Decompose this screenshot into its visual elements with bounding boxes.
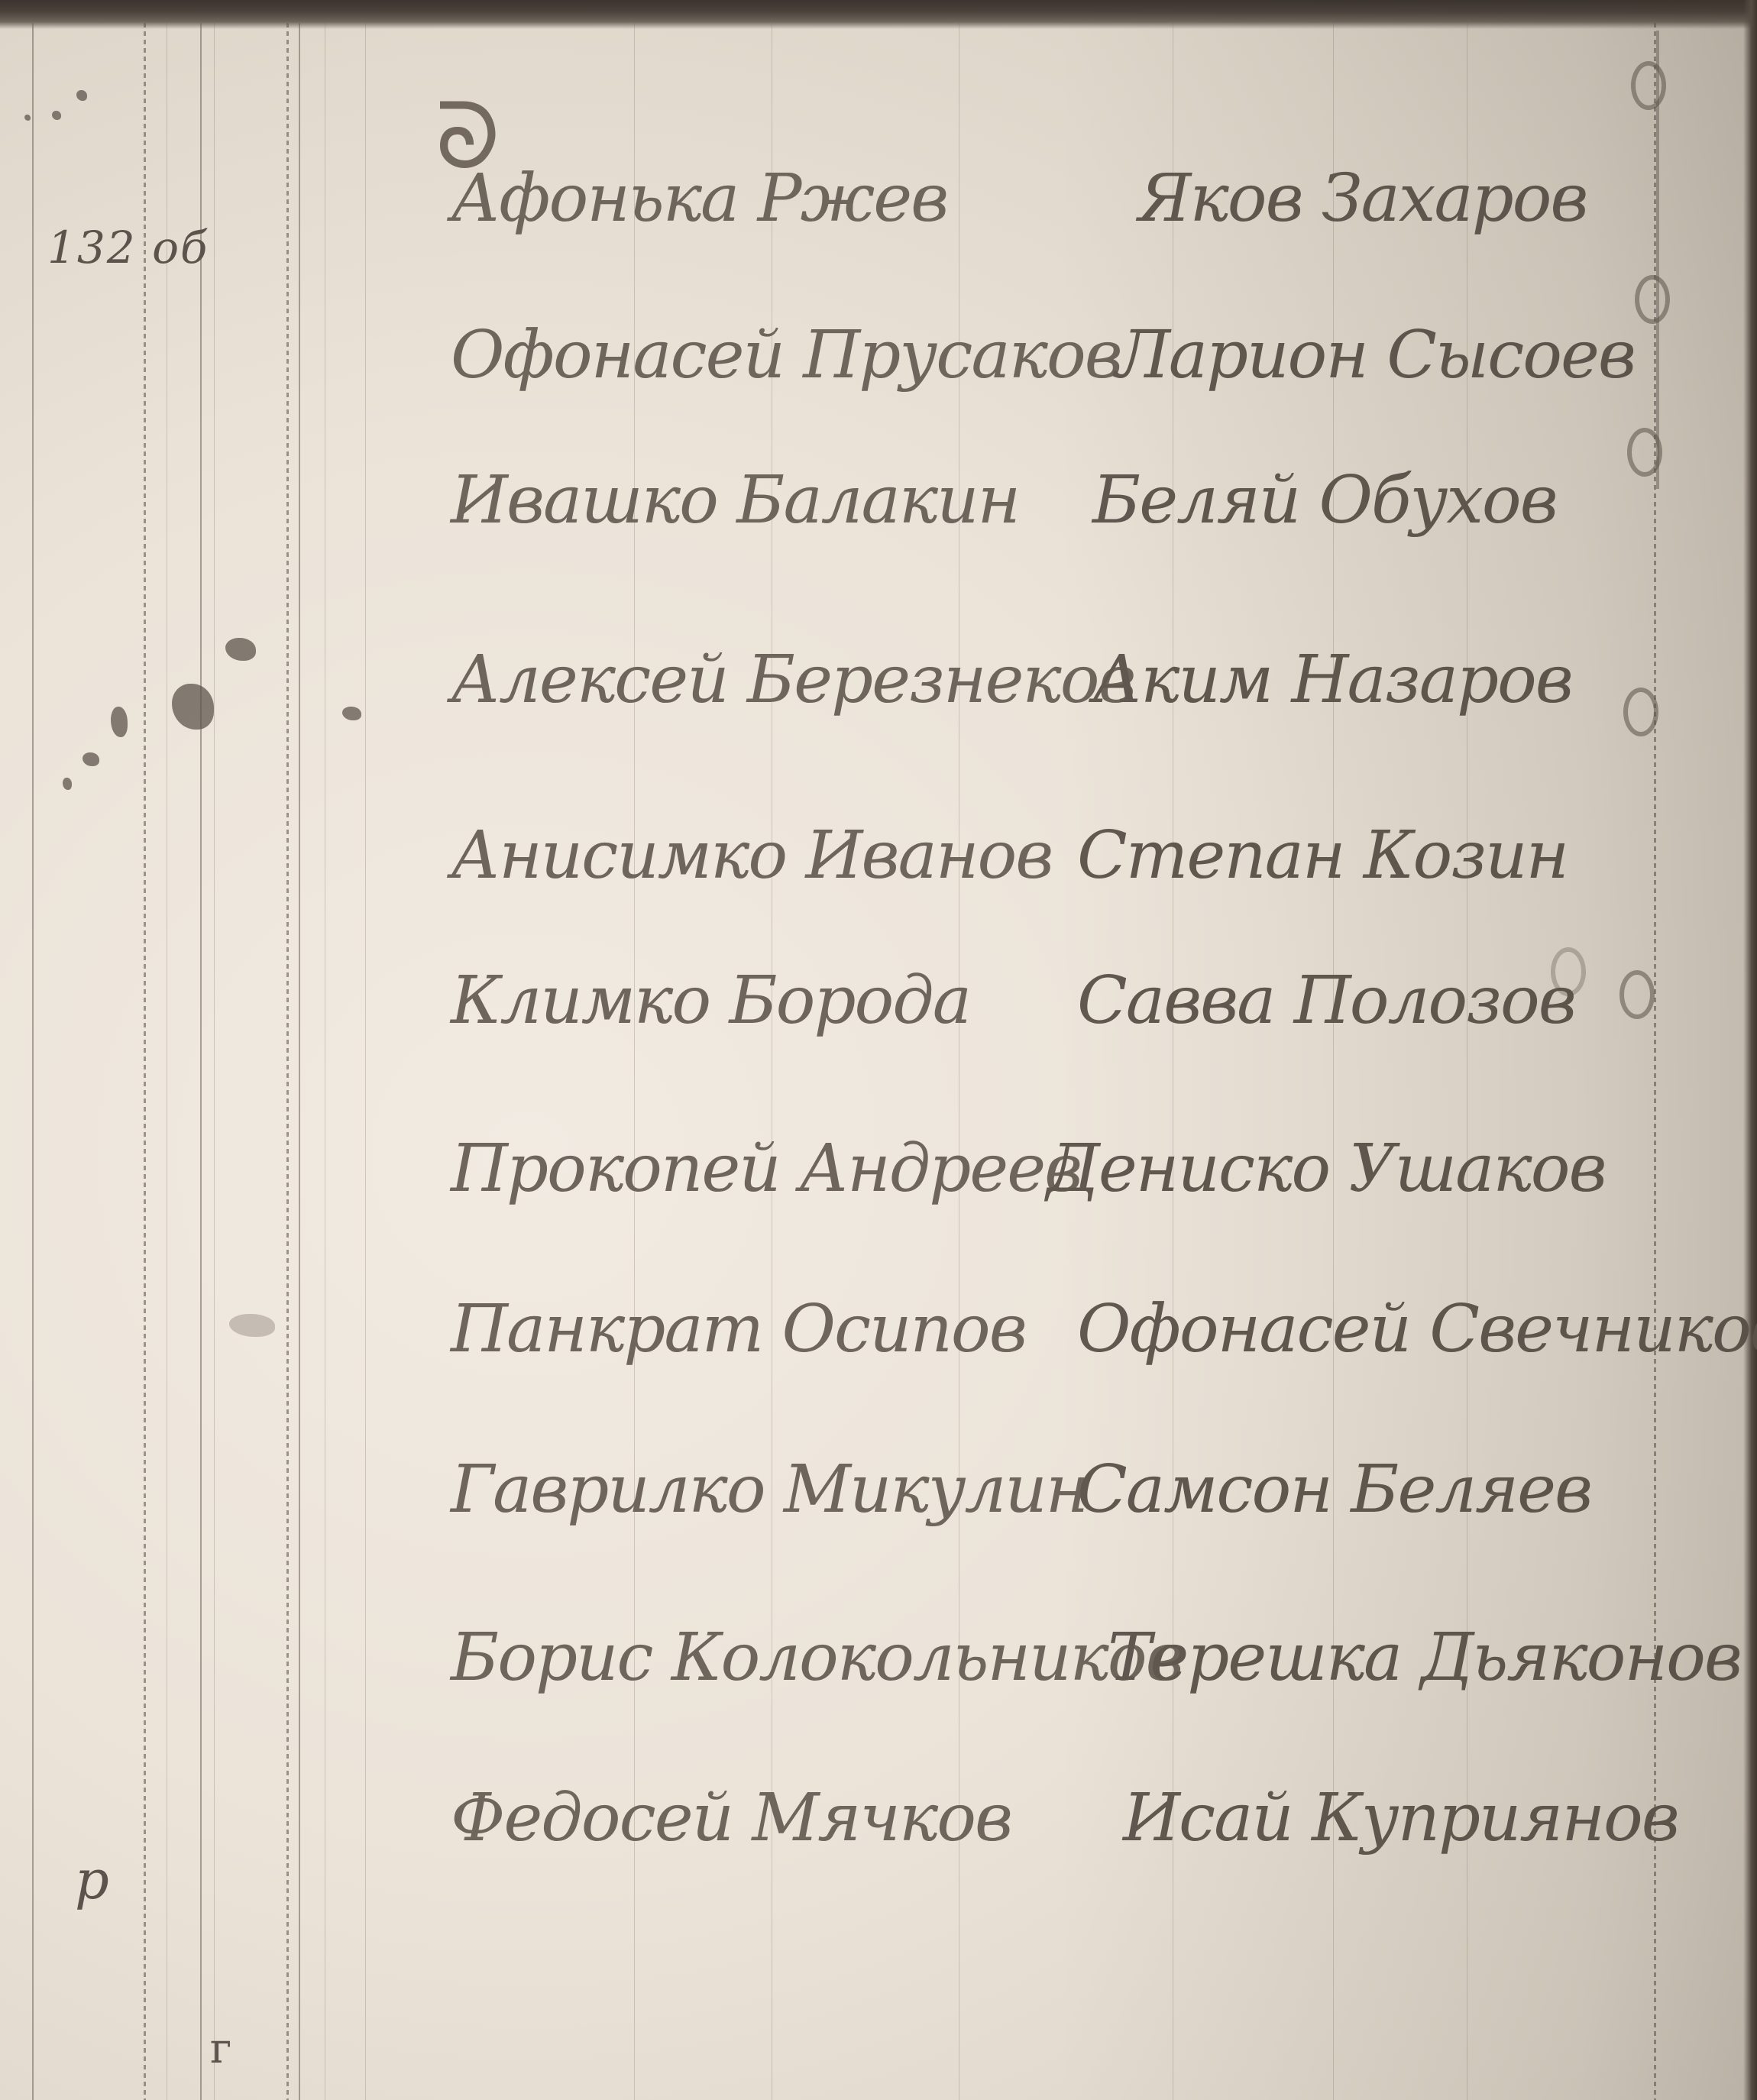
- name-entry: Самсон Беляев: [1077, 1444, 1591, 1535]
- flourish-icon: ᘐ: [435, 92, 498, 183]
- name-entry: Беляй Обухов: [1092, 455, 1557, 546]
- ink-stain: [52, 111, 61, 120]
- name-entry: Степан Козин: [1077, 810, 1568, 901]
- name-entry-text: Яков Захаров: [1138, 160, 1587, 237]
- bleedthrough-loop: [1623, 688, 1658, 736]
- name-entry-text: Исай Куприянов: [1123, 1780, 1678, 1856]
- film-scratch: [299, 23, 300, 2100]
- name-entry: Аким Назаров: [1092, 634, 1572, 726]
- bleedthrough-loop: [1631, 61, 1666, 110]
- name-entry-text: Дениско Ушаков: [1047, 1131, 1606, 1207]
- ink-stain: [172, 684, 214, 730]
- manuscript-scan: 132 об р г ᘐ Афонька Ржев Офонасей Пруса…: [0, 0, 1757, 2100]
- name-entry: Климко Борода: [451, 955, 970, 1047]
- name-entry: Прокопей Андреев: [451, 1123, 1081, 1215]
- bleedthrough-loop: [1619, 970, 1655, 1019]
- name-entry: ᘐ Афонька Ржев: [451, 153, 947, 244]
- name-entry: Анисимко Иванов: [451, 810, 1052, 901]
- film-scratch: [200, 23, 202, 2100]
- name-entry: Федосей Мячков: [451, 1772, 1011, 1864]
- bleedthrough-loop: [1551, 947, 1586, 996]
- name-entry: Ивашко Балакин: [451, 455, 1019, 546]
- margin-mark: г: [210, 2024, 231, 2072]
- film-scratch: [32, 23, 34, 2100]
- name-entry: Офонасей Прусаков: [451, 309, 1121, 401]
- name-entry-text: Ларион Сысоев: [1115, 317, 1635, 393]
- name-entry-text: Ивашко Балакин: [451, 462, 1019, 539]
- name-entry-text: Панкрат Осипов: [451, 1291, 1026, 1367]
- film-scratch: [365, 23, 366, 2100]
- name-entry-text: Федосей Мячков: [451, 1780, 1011, 1856]
- name-entry-text: Алексей Березнеков: [451, 642, 1135, 718]
- smudge: [229, 1314, 275, 1337]
- name-entry-text: Борис Колокольников: [451, 1619, 1183, 1696]
- name-entry-text: Анисимко Иванов: [451, 817, 1052, 894]
- name-entry-text: Офонасей Свечников: [1077, 1291, 1757, 1367]
- name-entry-text: Терешка Дьяконов: [1108, 1619, 1741, 1696]
- name-entry-text: Беляй Обухов: [1092, 462, 1557, 539]
- name-entry: Яков Захаров: [1138, 153, 1587, 244]
- name-entry-text: Климко Борода: [451, 963, 970, 1039]
- name-entry: Офонасей Свечников: [1077, 1283, 1757, 1375]
- name-entry-text: Прокопей Андреев: [451, 1131, 1081, 1207]
- name-entry: Алексей Березнеков: [451, 634, 1135, 726]
- name-entry: Ларион Сысоев: [1115, 309, 1635, 401]
- film-scratch: [167, 23, 167, 2100]
- name-entry: Терешка Дьяконов: [1108, 1612, 1741, 1704]
- name-entry-text: Офонасей Прусаков: [451, 317, 1121, 393]
- name-entry-text: Самсон Беляев: [1077, 1451, 1591, 1528]
- name-entry-text: Гаврилко Микулин: [451, 1451, 1087, 1528]
- film-scratch: [144, 23, 146, 2100]
- margin-mark: р: [75, 1849, 109, 1911]
- ink-stain: [225, 638, 256, 661]
- name-entry: Савва Полозов: [1077, 955, 1575, 1047]
- ink-stain: [76, 90, 87, 101]
- ink-stain: [111, 707, 128, 737]
- ink-stain: [63, 778, 72, 790]
- film-scratch: [325, 23, 325, 2100]
- name-entry: Гаврилко Микулин: [451, 1444, 1087, 1535]
- name-entry-text: Степан Козин: [1077, 817, 1568, 894]
- film-scratch: [286, 23, 289, 2100]
- folio-number: 132 об: [47, 222, 209, 273]
- bleedthrough-loop: [1635, 275, 1670, 324]
- ink-stain: [342, 707, 361, 720]
- name-entry: Борис Колокольников: [451, 1612, 1183, 1704]
- name-entry: Исай Куприянов: [1123, 1772, 1678, 1864]
- ink-stain: [83, 752, 99, 766]
- name-entry-text: Афонька Ржев: [451, 160, 947, 237]
- page-top-edge: [0, 0, 1757, 29]
- page-right-edge: [1743, 0, 1757, 2100]
- film-scratch: [214, 23, 215, 2100]
- ink-stain: [24, 115, 31, 121]
- name-entry: Панкрат Осипов: [451, 1283, 1026, 1375]
- name-entry-text: Аким Назаров: [1092, 642, 1572, 718]
- bleedthrough-loop: [1627, 428, 1662, 477]
- name-entry: Дениско Ушаков: [1047, 1123, 1606, 1215]
- name-entry-text: Савва Полозов: [1077, 963, 1575, 1039]
